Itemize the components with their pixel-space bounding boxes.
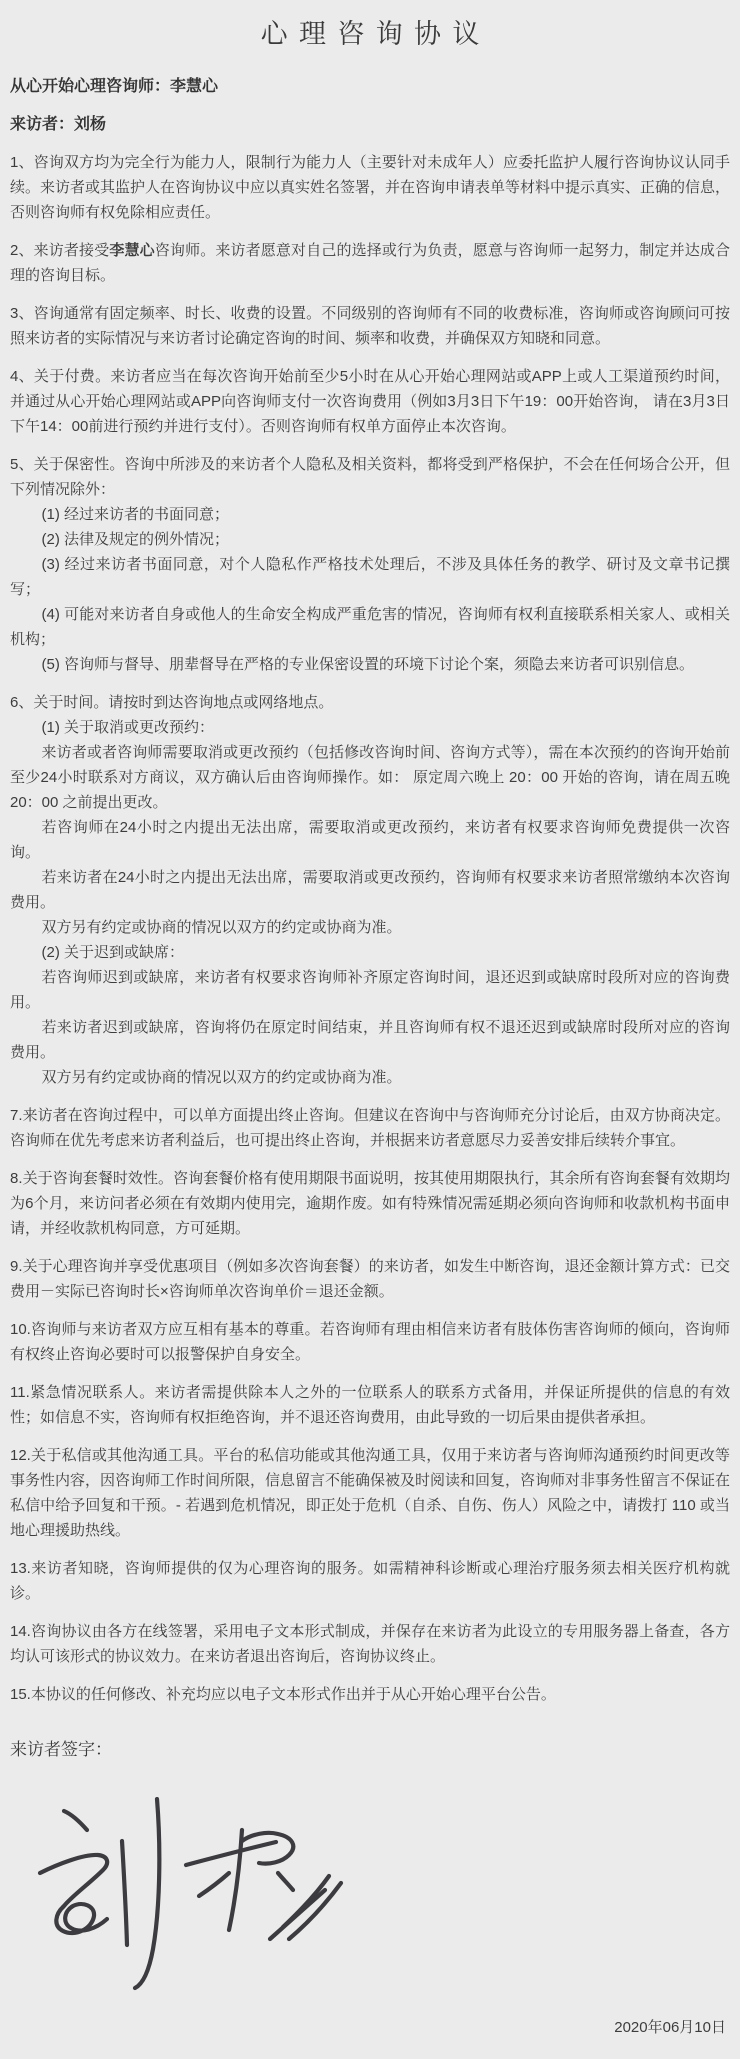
clause-15-text: 15.本协议的任何修改、补充均应以电子文本形式作出并于从心开始心理平台公告。: [10, 1682, 730, 1707]
signature-stroke: [40, 1855, 107, 1933]
signature-stroke: [135, 1799, 159, 1988]
clause-7-text: 7.来访者在咨询过程中，可以单方面提出终止咨询。但建议在咨询中与咨询师充分讨论后…: [10, 1103, 730, 1153]
clause-9: 9.关于心理咨询并享受优惠项目（例如多次咨询套餐）的来访者，如发生中断咨询，退还…: [10, 1254, 730, 1304]
clause-text-segment: 1、咨询双方均为完全行为能力人，限制行为能力人（主要针对未成年人）应委托监护人履…: [10, 154, 730, 221]
clause-text-segment: 8.关于咨询套餐时效性。咨询套餐价格有使用期限书面说明，按其使用期限执行，其余所…: [10, 1170, 730, 1237]
clause-6-subline: 若来访者迟到或缺席，咨询将仍在原定时间结束，并且咨询师有权不退还迟到或缺席时段所…: [10, 1015, 730, 1065]
clause-text-segment: 3、咨询通常有固定频率、时长、收费的设置。不同级别的咨询师有不同的收费标准，咨询…: [10, 305, 730, 347]
clause-5-subline: (5) 咨询师与督导、朋辈督导在严格的专业保密设置的环境下讨论个案，须隐去来访者…: [10, 652, 730, 677]
signature-area: [36, 1797, 730, 1997]
clause-2-text: 2、来访者接受李慧心咨询师。来访者愿意对自己的选择或行为负责，愿意与咨询师一起努…: [10, 238, 730, 288]
clause-text-segment: 2、来访者接受: [10, 242, 109, 259]
clause-7: 7.来访者在咨询过程中，可以单方面提出终止咨询。但建议在咨询中与咨询师充分讨论后…: [10, 1103, 730, 1153]
clause-1-text: 1、咨询双方均为完全行为能力人，限制行为能力人（主要针对未成年人）应委托监护人履…: [10, 150, 730, 225]
clause-text-segment: 10.咨询师与来访者双方应互相有基本的尊重。若咨询师有理由相信来访者有肢体伤害咨…: [10, 1321, 730, 1363]
clause-text-segment: 14.咨询协议由各方在线签署，采用电子文本形式制成，并保存在来访者为此设立的专用…: [10, 1623, 730, 1665]
clause-6-text: 6、关于时间。请按时到达咨询地点或网络地点。: [10, 690, 730, 715]
clause-6: 6、关于时间。请按时到达咨询地点或网络地点。(1) 关于取消或更改预约：来访者或…: [10, 690, 730, 1090]
clause-13-text: 13.来访者知晓，咨询师提供的仅为心理咨询的服务。如需精神科诊断或心理治疗服务须…: [10, 1556, 730, 1606]
clause-6-subline: 双方另有约定或协商的情况以双方的约定或协商为准。: [10, 915, 730, 940]
clause-text-segment: 4、关于付费。来访者应当在每次咨询开始前至少5小时在从心开始心理网站或APP上或…: [10, 368, 730, 435]
page-title: 心理咨询协议: [10, 8, 730, 61]
clause-11: 11.紧急情况联系人。来访者需提供除本人之外的一位联系人的联系方式备用，并保证所…: [10, 1380, 730, 1430]
clause-5-subline: (3) 经过来访者书面同意，对个人隐私作严格技术处理后，不涉及具体任务的教学、研…: [10, 552, 730, 602]
clause-6-subline: (1) 关于取消或更改预约：: [10, 715, 730, 740]
clause-6-subline: 来访者或者咨询师需要取消或更改预约（包括修改咨询时间、咨询方式等），需在本次预约…: [10, 740, 730, 815]
signature-stroke: [229, 1830, 242, 1930]
clause-9-text: 9.关于心理咨询并享受优惠项目（例如多次咨询套餐）的来访者，如发生中断咨询，退还…: [10, 1254, 730, 1304]
clause-14-text: 14.咨询协议由各方在线签署，采用电子文本形式制成，并保存在来访者为此设立的专用…: [10, 1619, 730, 1669]
clause-3-text: 3、咨询通常有固定频率、时长、收费的设置。不同级别的咨询师有不同的收费标准，咨询…: [10, 301, 730, 351]
signature-stroke: [278, 1873, 293, 1890]
clause-15: 15.本协议的任何修改、补充均应以电子文本形式作出并于从心开始心理平台公告。: [10, 1682, 730, 1707]
handwritten-signature-liu-yang: [36, 1797, 348, 1997]
counselor-line: 从心开始心理咨询师：李慧心: [10, 75, 730, 99]
clause-2: 2、来访者接受李慧心咨询师。来访者愿意对自己的选择或行为负责，愿意与咨询师一起努…: [10, 238, 730, 288]
clause-text-segment: 13.来访者知晓，咨询师提供的仅为心理咨询的服务。如需精神科诊断或心理治疗服务须…: [10, 1560, 730, 1602]
signature-stroke: [199, 1873, 229, 1896]
clause-text-segment: 15.本协议的任何修改、补充均应以电子文本形式作出并于从心开始心理平台公告。: [10, 1686, 556, 1703]
clause-text-segment: 9.关于心理咨询并享受优惠项目（例如多次咨询套餐）的来访者，如发生中断咨询，退还…: [10, 1258, 730, 1300]
clause-6-subline: 双方另有约定或协商的情况以双方的约定或协商为准。: [10, 1065, 730, 1090]
clause-10-text: 10.咨询师与来访者双方应互相有基本的尊重。若咨询师有理由相信来访者有肢体伤害咨…: [10, 1317, 730, 1367]
clause-5-text: 5、关于保密性。咨询中所涉及的来访者个人隐私及相关资料，都将受到严格保护，不会在…: [10, 452, 730, 502]
clause-12-text: 12.关于私信或其他沟通工具。平台的私信功能或其他沟通工具，仅用于来访者与咨询师…: [10, 1443, 730, 1543]
clause-text-segment: 12.关于私信或其他沟通工具。平台的私信功能或其他沟通工具，仅用于来访者与咨询师…: [10, 1447, 730, 1539]
signature-stroke: [64, 1811, 87, 1830]
clause-6-subline: 若咨询师在24小时之内提出无法出席，需要取消或更改预约，来访者有权要求咨询师免费…: [10, 815, 730, 865]
clause-text-segment: 7.来访者在咨询过程中，可以单方面提出终止咨询。但建议在咨询中与咨询师充分讨论后…: [10, 1107, 730, 1149]
clause-3: 3、咨询通常有固定频率、时长、收费的设置。不同级别的咨询师有不同的收费标准，咨询…: [10, 301, 730, 351]
clause-5-subline: (4) 可能对来访者自身或他人的生命安全构成严重危害的情况，咨询师有权利直接联系…: [10, 602, 730, 652]
clause-14: 14.咨询协议由各方在线签署，采用电子文本形式制成，并保存在来访者为此设立的专用…: [10, 1619, 730, 1669]
clause-5: 5、关于保密性。咨询中所涉及的来访者个人隐私及相关资料，都将受到严格保护，不会在…: [10, 452, 730, 677]
signing-date: 2020年06月10日: [10, 2017, 730, 2039]
clause-text-segment: 5、关于保密性。咨询中所涉及的来访者个人隐私及相关资料，都将受到严格保护，不会在…: [10, 456, 730, 498]
clause-12: 12.关于私信或其他沟通工具。平台的私信功能或其他沟通工具，仅用于来访者与咨询师…: [10, 1443, 730, 1543]
agreement-document: 心理咨询协议 从心开始心理咨询师：李慧心 来访者：刘杨 1、咨询双方均为完全行为…: [0, 0, 740, 2059]
clause-1: 1、咨询双方均为完全行为能力人，限制行为能力人（主要针对未成年人）应委托监护人履…: [10, 150, 730, 225]
client-line: 来访者：刘杨: [10, 113, 730, 137]
clause-6-subline: (2) 关于迟到或缺席：: [10, 940, 730, 965]
clause-8: 8.关于咨询套餐时效性。咨询套餐价格有使用期限书面说明，按其使用期限执行，其余所…: [10, 1166, 730, 1241]
clause-4: 4、关于付费。来访者应当在每次咨询开始前至少5小时在从心开始心理网站或APP上或…: [10, 364, 730, 439]
clause-6-subline: 若咨询师迟到或缺席，来访者有权要求咨询师补齐原定咨询时间，退还迟到或缺席时段所对…: [10, 965, 730, 1015]
signature-stroke: [122, 1841, 127, 1945]
clause-text-segment: 11.紧急情况联系人。来访者需提供除本人之外的一位联系人的联系方式备用，并保证所…: [10, 1384, 730, 1426]
clause-4-text: 4、关于付费。来访者应当在每次咨询开始前至少5小时在从心开始心理网站或APP上或…: [10, 364, 730, 439]
counselor-name-emphasis: 李慧心: [109, 242, 154, 259]
clause-10: 10.咨询师与来访者双方应互相有基本的尊重。若咨询师有理由相信来访者有肢体伤害咨…: [10, 1317, 730, 1367]
signature-label: 来访者签字：: [10, 1737, 730, 1763]
clause-8-text: 8.关于咨询套餐时效性。咨询套餐价格有使用期限书面说明，按其使用期限执行，其余所…: [10, 1166, 730, 1241]
clauses-list: 1、咨询双方均为完全行为能力人，限制行为能力人（主要针对未成年人）应委托监护人履…: [10, 150, 730, 1707]
clause-11-text: 11.紧急情况联系人。来访者需提供除本人之外的一位联系人的联系方式备用，并保证所…: [10, 1380, 730, 1430]
clause-5-subline: (1) 经过来访者的书面同意；: [10, 502, 730, 527]
clause-text-segment: 6、关于时间。请按时到达咨询地点或网络地点。: [10, 694, 333, 711]
clause-5-subline: (2) 法律及规定的例外情况；: [10, 527, 730, 552]
clause-6-subline: 若来访者在24小时之内提出无法出席，需要取消或更改预约，咨询师有权要求来访者照常…: [10, 865, 730, 915]
clause-13: 13.来访者知晓，咨询师提供的仅为心理咨询的服务。如需精神科诊断或心理治疗服务须…: [10, 1556, 730, 1606]
